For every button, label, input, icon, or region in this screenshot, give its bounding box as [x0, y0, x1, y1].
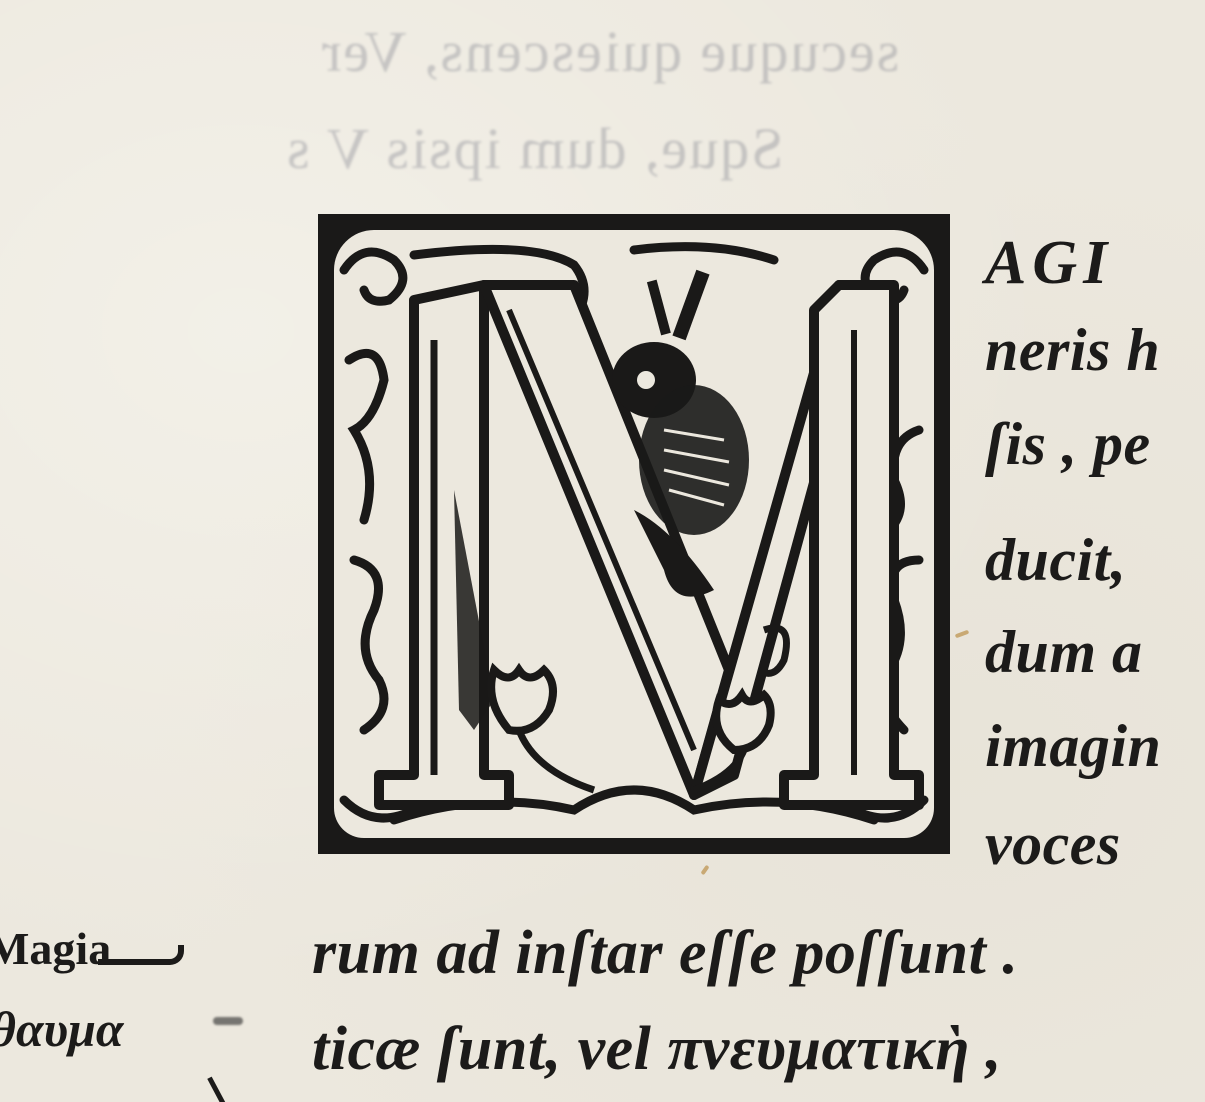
show-through-line: Sque, dum ipsis V s	[285, 115, 783, 182]
text-line: ticæ ſunt, vel πνευματικὴ ,	[312, 1014, 1002, 1085]
text-line: neris h	[985, 316, 1160, 385]
paper-speck-icon	[700, 865, 709, 875]
text-line: imagin	[985, 712, 1161, 781]
marginal-flourish-icon	[98, 945, 184, 965]
woodcut-initial-m	[318, 214, 950, 854]
marginal-note: Magia	[0, 922, 111, 975]
text-line: AGI	[985, 228, 1113, 299]
paper-speck-icon	[955, 630, 970, 639]
initial-panel	[334, 230, 934, 838]
text-line: ducit,	[985, 526, 1126, 595]
text-line: voces	[985, 810, 1121, 879]
initial-m-illustration-icon	[334, 230, 934, 838]
text-line: ſis , pe	[985, 410, 1151, 479]
show-through-line: secuque quiescens, Ver	[320, 18, 899, 85]
book-page: secuque quiescens, Ver Sque, dum ipsis V…	[0, 0, 1205, 1102]
ink-smudge-icon	[213, 1017, 243, 1025]
marginal-note: θαυμα	[0, 1000, 124, 1058]
ink-stroke-icon	[207, 1077, 225, 1102]
text-line: dum a	[985, 618, 1143, 687]
text-line: rum ad inſtar eſſe poſſunt .	[312, 918, 1018, 989]
